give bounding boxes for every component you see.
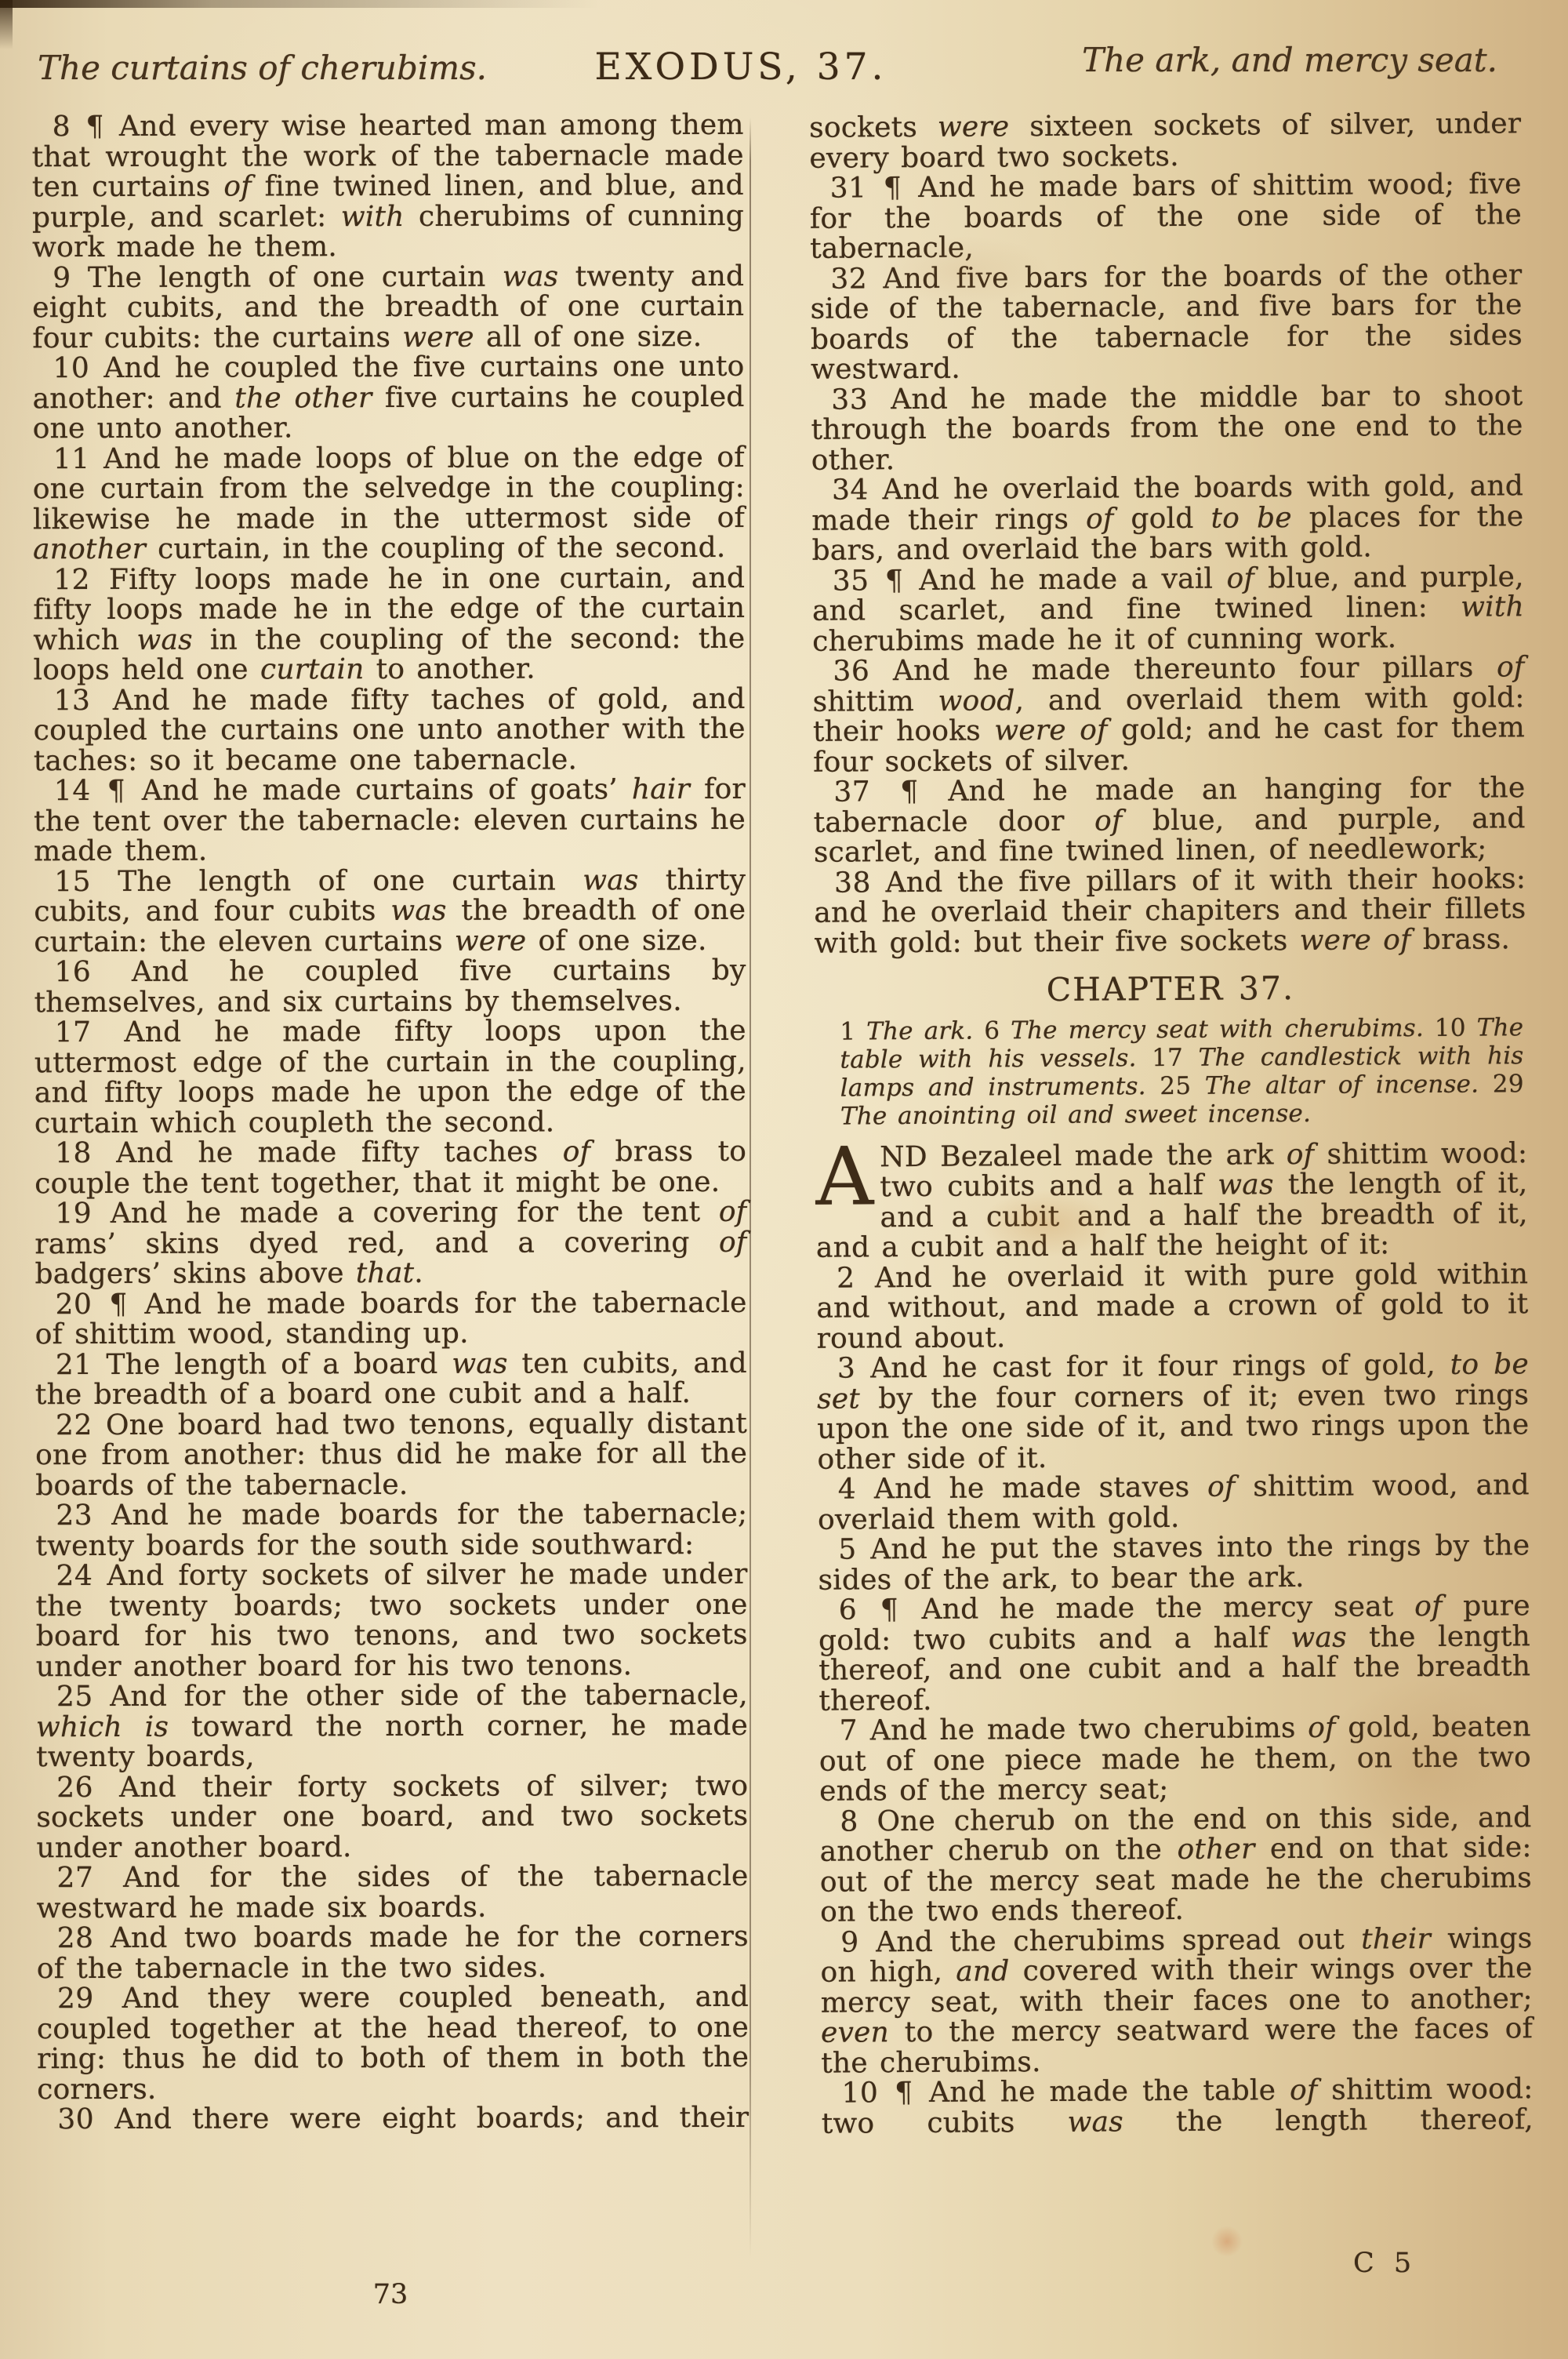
verse-paragraph-33: 33 And he made the middle bar to shoot t… (811, 381, 1523, 476)
verse-paragraph-37: 37 ¶ And he made an hanging for the tabe… (813, 773, 1526, 868)
verse-paragraph-10: 10 ¶ And he made the table of shittim wo… (821, 2074, 1533, 2139)
verse-paragraph-32: 32 And five bars for the boards of the o… (810, 260, 1523, 386)
pilcrow-mark: ¶ (880, 1594, 898, 1626)
verse-paragraph-13: 13 And he made fifty taches of gold, and… (34, 684, 746, 776)
column-divider-rule (750, 118, 751, 2259)
verse-number: 8 (53, 111, 71, 143)
verse-number: 4 (838, 1473, 857, 1505)
verse-paragraph-30: 30 And there were eight boards; and thei… (37, 2103, 749, 2135)
bible-page: The curtains of cherubims. EXODUS, 37. T… (0, 0, 1568, 2359)
verse-number: 22 (56, 1408, 93, 1441)
verse-paragraph-19: 19 And he made a covering for the tent o… (34, 1198, 746, 1290)
verse-paragraph-7: 7 And he made two cherubims of gold, bea… (819, 1712, 1532, 1807)
pilcrow-mark: ¶ (107, 775, 125, 807)
verse-number: 25 (56, 1681, 93, 1713)
verse-number: 33 (831, 383, 868, 416)
verse-number: 15 (54, 865, 91, 897)
verse-number: 23 (56, 1499, 93, 1532)
verse-paragraph-23: 23 And he made boards for the tabernacle… (35, 1499, 747, 1561)
verse-paragraph-17: 17 And he made fifty loops upon the utte… (34, 1016, 746, 1139)
verse-number: 6 (839, 1594, 858, 1626)
pilcrow-mark: ¶ (900, 776, 918, 808)
pilcrow-mark: ¶ (109, 1288, 127, 1320)
verse-number: 10 (53, 352, 89, 384)
pilcrow-mark: ¶ (885, 565, 903, 597)
verse-paragraph-5: 5 And he put the staves into the rings b… (818, 1531, 1530, 1596)
verse-number: 26 (56, 1771, 93, 1803)
verse-number: 36 (833, 655, 869, 687)
verse-number: 10 (841, 2077, 878, 2109)
verse-number: 8 (840, 1805, 858, 1837)
verse-30-continuation: sockets were sixteen sockets of silver, … (809, 109, 1521, 174)
pilcrow-mark: ¶ (884, 172, 902, 204)
verse-paragraph-29: 29 And they were coupled beneath, and co… (37, 1983, 749, 2105)
verse-number: 38 (834, 867, 871, 899)
verse-paragraph-1: AND Bezaleel made the ark of shittim woo… (815, 1139, 1528, 1264)
verse-paragraph-35: 35 ¶ And he made a vail of blue, and pur… (812, 562, 1525, 657)
verse-number: 31 (830, 172, 867, 204)
verse-number: 16 (54, 956, 91, 988)
verse-paragraph-8: 8 One cherub on the end on this side, an… (819, 1803, 1532, 1928)
verse-paragraph-22: 22 One board had two tenons, equally dis… (35, 1408, 747, 1501)
left-text-column: 8 ¶ And every wise hearted man among the… (32, 111, 750, 2135)
pilcrow-mark: ¶ (895, 2077, 913, 2109)
verse-paragraph-3: 3 And he cast for it four rings of gold,… (817, 1350, 1530, 1475)
verse-paragraph-6: 6 ¶ And he made the mercy seat of pure g… (818, 1591, 1531, 1717)
paper-stain (1211, 2226, 1243, 2257)
verse-number: 30 (57, 2103, 94, 2135)
verse-number: 27 (56, 1862, 93, 1894)
verse-paragraph-14: 14 ¶ And he made curtains of goats’ hair… (34, 775, 746, 867)
verse-number: 35 (833, 565, 869, 597)
verse-paragraph-38: 38 And the five pillars of it with their… (814, 864, 1526, 959)
drop-cap-letter: A (815, 1147, 873, 1209)
verse-paragraph-28: 28 And two boards made he for the corner… (37, 1922, 749, 1984)
verse-number: 34 (832, 474, 869, 506)
verse-paragraph-27: 27 And for the sides of the tabernacle w… (36, 1862, 748, 1924)
right-text-column: sockets were sixteen sockets of silver, … (809, 109, 1534, 2139)
verse-paragraph-24: 24 And forty sockets of silver he made u… (35, 1560, 747, 1682)
verse-number: 2 (837, 1262, 855, 1294)
verse-number: 19 (55, 1198, 92, 1230)
verse-paragraph-2: 2 And he overlaid it with pure gold with… (816, 1259, 1529, 1354)
verse-number: 14 (54, 775, 91, 807)
verse-paragraph-16: 16 And he coupled five curtains by thems… (34, 956, 746, 1018)
verse-number: 29 (57, 1983, 94, 2015)
chapter-heading: CHAPTER 37. (815, 972, 1526, 1006)
verse-paragraph-4: 4 And he made staves of shittim wood, an… (818, 1470, 1530, 1536)
verse-number: 20 (56, 1288, 93, 1320)
verse-number: 12 (53, 564, 90, 596)
verse-paragraph-15: 15 The length of one curtain was thirty … (34, 865, 746, 958)
verse-number: 13 (54, 684, 91, 716)
verse-paragraph-34: 34 And he overlaid the boards with gold,… (811, 471, 1524, 566)
verse-number: 3 (837, 1352, 856, 1384)
chapter-summary: 1 The ark. 6 The mercy seat with cherubi… (840, 1013, 1524, 1130)
verse-paragraph-21: 21 The length of a board was ten cubits,… (35, 1348, 747, 1410)
running-head-right: The ark, and mercy seat. (1082, 41, 1497, 79)
verse-paragraph-12: 12 Fifty loops made he in one curtain, a… (33, 563, 745, 685)
verse-number: 21 (56, 1348, 93, 1380)
page-number: 73 (34, 2279, 746, 2310)
verse-number: 11 (53, 443, 90, 475)
verse-number: 24 (56, 1560, 93, 1592)
verse-paragraph-8: 8 ¶ And every wise hearted man among the… (32, 111, 745, 264)
verse-number: 28 (57, 1922, 94, 1954)
pilcrow-mark: ¶ (85, 111, 103, 143)
verse-paragraph-9: 9 The length of one curtain was twenty a… (32, 261, 744, 354)
verse-number: 18 (55, 1137, 92, 1169)
verse-paragraph-20: 20 ¶ And he made boards for the tabernac… (35, 1288, 747, 1350)
verse-paragraph-36: 36 And he made thereunto four pillars of… (812, 652, 1525, 778)
verse-paragraph-25: 25 And for the other side of the taberna… (36, 1681, 748, 1773)
verse-number: 9 (840, 1926, 859, 1958)
verse-number: 5 (838, 1533, 857, 1565)
verse-number: 37 (833, 776, 870, 808)
verse-paragraph-31: 31 ¶ And he made bars of shittim wood; f… (810, 169, 1523, 264)
verse-paragraph-9: 9 And the cherubims spread out their win… (820, 1924, 1533, 2079)
verse-paragraph-10: 10 And he coupled the five curtains one … (32, 352, 744, 445)
verse-paragraph-11: 11 And he made loops of blue on the edge… (33, 442, 745, 565)
verse-number: 17 (55, 1016, 92, 1049)
signature-mark: C 5 (1353, 2248, 1417, 2279)
verse-number: 9 (53, 262, 71, 294)
verse-number: 7 (840, 1714, 858, 1747)
verse-number: 32 (830, 263, 867, 295)
verse-paragraph-26: 26 And their forty sockets of silver; tw… (36, 1771, 748, 1863)
verse-paragraph-18: 18 And he made fifty taches of brass to … (34, 1137, 746, 1199)
